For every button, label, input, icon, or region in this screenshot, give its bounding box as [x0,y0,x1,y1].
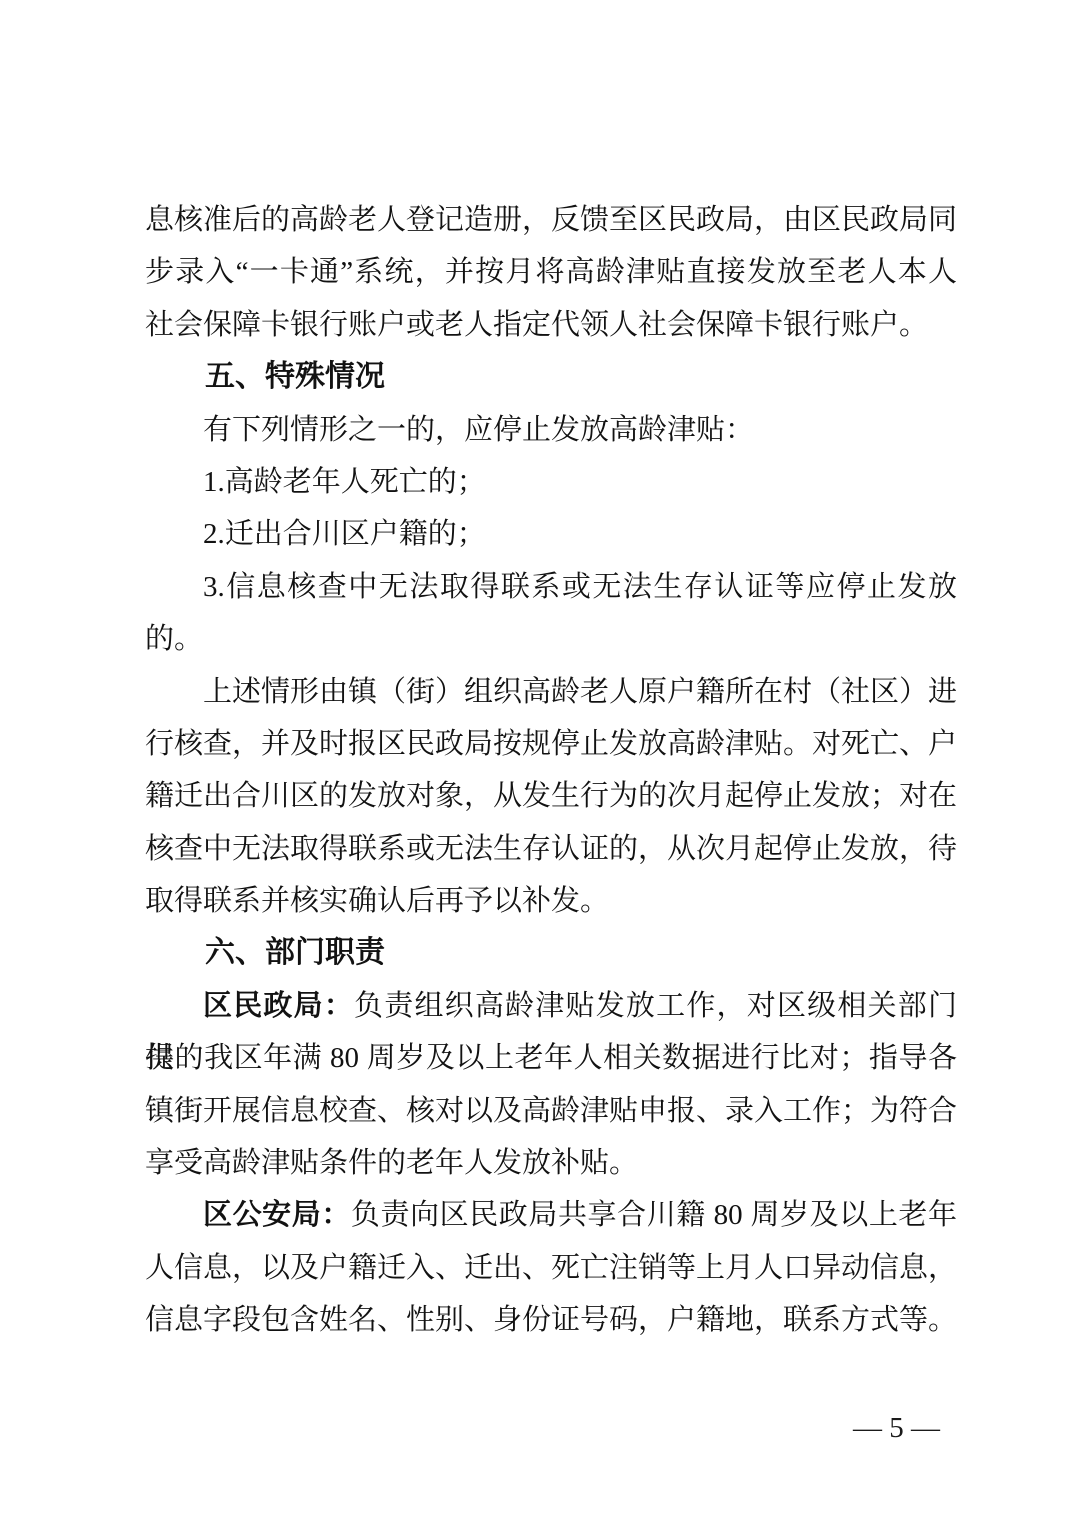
body-line: 有下列情形之一的，应停止发放高龄津贴： [145,404,957,456]
department-name-civil-affairs: 区民政局： [203,990,354,1022]
body-line: 步录入“一卡通”系统，并按月将高龄津贴直接发放至老人本人 [145,246,957,298]
section-heading-department-duties: 六、部门职责 [145,927,957,979]
body-line: 享受高龄津贴条件的老年人发放补贴。 [145,1137,957,1189]
body-line: 上述情形由镇（街）组织高龄老人原户籍所在村（社区）进 [145,666,957,718]
body-line: 取得联系并核实确认后再予以补发。 [145,875,957,927]
body-line: 供的我区年满 80 周岁及以上老年人相关数据进行比对；指导各 [145,1032,957,1084]
body-line: 镇街开展信息校查、核对以及高龄津贴申报、录入工作；为符合 [145,1085,957,1137]
body-line: 的。 [145,613,957,665]
body-line: 社会保障卡银行账户或老人指定代领人社会保障卡银行账户。 [145,299,957,351]
body-line-text: 负责向区民政局共享合川籍 80 周岁及以上老年 [351,1199,957,1231]
document-body: 息核准后的高龄老人登记造册，反馈至区民政局，由区民政局同 步录入“一卡通”系统，… [145,194,957,1347]
body-line: 息核准后的高龄老人登记造册，反馈至区民政局，由区民政局同 [145,194,957,246]
body-line: 区公安局：负责向区民政局共享合川籍 80 周岁及以上老年 [145,1189,957,1241]
list-item: 1.高龄老年人死亡的； [145,456,957,508]
list-item: 3.信息核查中无法取得联系或无法生存认证等应停止发放 [145,561,957,613]
body-line: 区民政局：负责组织高龄津贴发放工作，对区级相关部门提 [145,980,957,1032]
section-heading-special-cases: 五、特殊情况 [145,351,957,403]
page-number: — 5 — [853,1408,940,1448]
body-line: 核查中无法取得联系或无法生存认证的，从次月起停止发放，待 [145,823,957,875]
body-line: 籍迁出合川区的发放对象，从发生行为的次月起停止发放；对在 [145,770,957,822]
body-line: 人信息，以及户籍迁入、迁出、死亡注销等上月人口异动信息， [145,1242,957,1294]
department-name-public-security: 区公安局： [203,1199,351,1231]
list-item: 2.迁出合川区户籍的； [145,508,957,560]
body-line: 行核查，并及时报区民政局按规停止发放高龄津贴。对死亡、户 [145,718,957,770]
body-line: 信息字段包含姓名、性别、身份证号码，户籍地，联系方式等。 [145,1294,957,1346]
document-page: 息核准后的高龄老人登记造册，反馈至区民政局，由区民政局同 步录入“一卡通”系统，… [0,0,1074,1520]
